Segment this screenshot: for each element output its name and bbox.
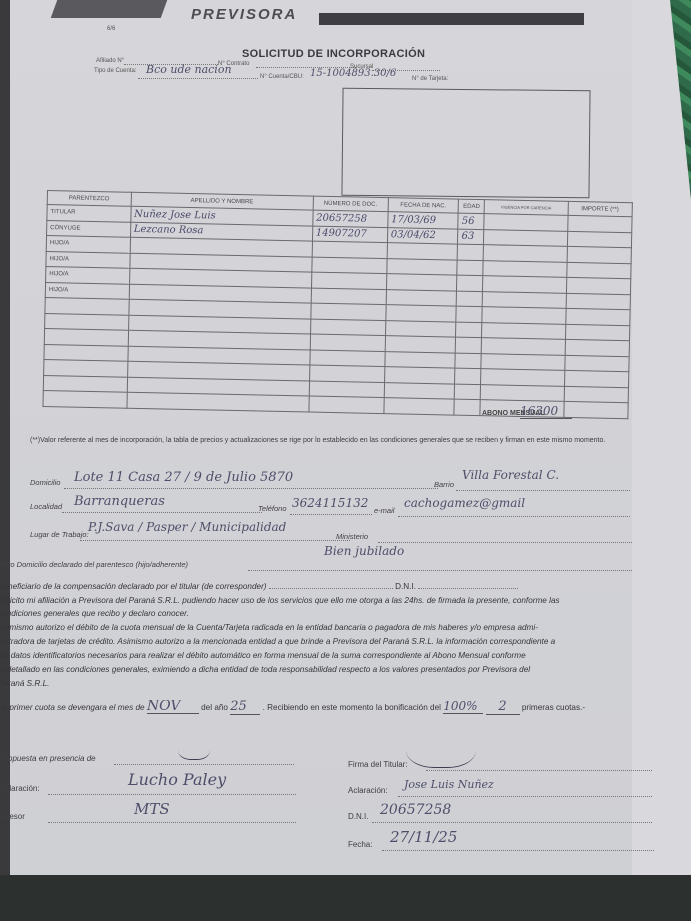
cell-parentezco: HIJO/A xyxy=(45,282,129,299)
cell-doc[interactable] xyxy=(310,334,385,351)
ministerio-label: Ministerio xyxy=(336,532,368,541)
table-surface-bottom xyxy=(0,875,691,921)
trabajo-label: Lugar de Trabajo: xyxy=(30,530,89,539)
bonificacion-suffix: primeras cuotas.- xyxy=(522,703,585,712)
asesor-label: Asesor xyxy=(0,812,25,821)
form-title: SOLICITUD DE INCORPORACIÓN xyxy=(242,48,425,60)
cell-importe[interactable] xyxy=(567,215,632,232)
cell-edad[interactable] xyxy=(456,337,482,353)
cell-vigencia[interactable] xyxy=(483,245,567,262)
telefono-value[interactable]: 3624115132 xyxy=(292,496,368,510)
cell-parentezco xyxy=(44,359,128,376)
cell-importe[interactable] xyxy=(566,277,631,294)
email-line xyxy=(398,516,630,517)
para2-line2-text: nistradora de tarjetas de crédito. Asimi… xyxy=(0,637,555,646)
cuota-line: La primer cuota se devengara el mes de N… xyxy=(0,700,678,715)
cell-importe[interactable] xyxy=(566,262,631,279)
cell-importe[interactable] xyxy=(564,401,629,418)
cell-doc[interactable] xyxy=(312,241,387,258)
fecha-line xyxy=(382,850,654,851)
cell-importe[interactable] xyxy=(565,308,630,325)
cell-importe[interactable] xyxy=(565,355,630,372)
aclaracion-value[interactable]: Jose Luis Nuñez xyxy=(404,778,494,791)
tipo-cuenta-label: Tipo de Cuenta: xyxy=(94,68,136,74)
cell-fecha-nac[interactable]: 03/04/62 xyxy=(387,227,458,244)
cell-parentezco xyxy=(43,375,127,392)
cell-fecha-nac[interactable] xyxy=(385,336,456,353)
firma-titular-label: Firma del Titular: xyxy=(348,760,408,769)
titular-signature xyxy=(406,724,476,768)
cell-fecha-nac[interactable] xyxy=(387,243,458,260)
footnote: (**)Valor referente al mes de incorporac… xyxy=(30,436,630,446)
trabajo-line xyxy=(80,540,350,541)
fecha-value[interactable]: 27/11/25 xyxy=(390,828,457,846)
beneficiario-line: Beneficiario de la compensación declarad… xyxy=(0,581,678,594)
domicilio-line xyxy=(64,488,438,489)
aclaracion-left-value[interactable]: Lucho Paley xyxy=(128,770,226,789)
cell-doc[interactable] xyxy=(309,396,384,413)
otro-domicilio-field[interactable] xyxy=(248,570,632,571)
presencia-label: Propuesta en presencia de xyxy=(0,754,96,763)
presencia-field[interactable] xyxy=(114,764,294,765)
cell-vigencia[interactable] xyxy=(483,276,567,293)
cell-edad[interactable]: 56 xyxy=(458,213,484,229)
cell-fecha-nac[interactable] xyxy=(386,289,457,306)
barrio-line xyxy=(456,490,630,491)
cell-importe[interactable] xyxy=(567,231,632,248)
ministerio-line xyxy=(378,542,632,543)
cell-vigencia[interactable] xyxy=(482,322,566,339)
col-fecha-nac: FECHA DE NAC. xyxy=(388,198,459,213)
brand-name: PREVISORA xyxy=(191,6,297,23)
cell-doc[interactable]: 14907207 xyxy=(312,226,387,243)
para2-line5-text: Paraná S.R.L. xyxy=(0,679,49,688)
cell-fecha-nac[interactable] xyxy=(387,258,458,275)
asesor-line xyxy=(48,822,296,823)
page-number: 6/6 xyxy=(107,26,115,32)
cell-parentezco xyxy=(44,344,128,361)
para2-line1: Asimismo autorizo el débito de la cuota … xyxy=(0,622,678,635)
email-label: e-mail xyxy=(374,506,394,515)
cuenta-cbu-value[interactable]: 15-1004893.30/6 xyxy=(310,68,396,79)
cell-vigencia[interactable] xyxy=(481,338,565,355)
localidad-value[interactable]: Barranqueras xyxy=(74,494,165,509)
cell-edad[interactable]: 63 xyxy=(458,229,484,245)
telefono-label: Teléfono xyxy=(258,504,287,513)
cell-fecha-nac[interactable] xyxy=(384,398,455,415)
tipo-cuenta-value[interactable]: Bco ude nacion xyxy=(146,63,232,76)
cuota-mes[interactable]: NOV xyxy=(147,700,199,714)
cell-edad[interactable] xyxy=(457,260,483,276)
beneficiario-label: Beneficiario de la compensación declarad… xyxy=(0,582,267,591)
cell-parentezco: CÓNYUGE xyxy=(47,220,131,237)
cell-edad[interactable] xyxy=(458,244,484,260)
aclaracion-line xyxy=(398,796,652,797)
para2-line1-text: Asimismo autorizo el débito de la cuota … xyxy=(0,623,538,632)
cell-edad[interactable] xyxy=(455,353,481,369)
cuota-anio-label: del año xyxy=(201,703,228,712)
barrio-label: Barrio xyxy=(434,480,454,489)
bonificacion-text: . Recibiendo en este momento la bonifica… xyxy=(263,703,441,712)
para2-line3-text: los datos identificatorios necesarios pa… xyxy=(0,651,526,660)
bonificacion-cuotas[interactable]: 2 xyxy=(486,701,520,715)
stamp-box xyxy=(341,88,590,199)
cell-vigencia[interactable] xyxy=(484,214,568,231)
dni-value[interactable]: 20657258 xyxy=(380,802,451,818)
dni-label: D.N.I. xyxy=(348,812,368,821)
beneficiario-dni-label: D.N.I. xyxy=(395,582,416,591)
cell-doc[interactable] xyxy=(312,257,387,274)
cell-vigencia[interactable] xyxy=(482,307,566,324)
cell-doc[interactable] xyxy=(309,381,384,398)
cell-edad[interactable] xyxy=(455,368,481,384)
cell-fecha-nac[interactable] xyxy=(384,367,455,384)
cuota-anio[interactable]: 25 xyxy=(230,701,260,715)
cell-vigencia[interactable] xyxy=(484,229,568,246)
para2-line3: los datos identificatorios necesarios pa… xyxy=(0,650,678,663)
localidad-label: Localidad xyxy=(30,502,62,511)
cell-parentezco: HIJO/A xyxy=(46,266,130,283)
cell-fecha-nac[interactable] xyxy=(386,274,457,291)
cell-doc[interactable] xyxy=(311,272,386,289)
cell-fecha-nac[interactable] xyxy=(384,382,455,399)
cell-importe[interactable] xyxy=(565,339,630,356)
family-table: PARENTEZCO APELLIDO Y NOMBRE NÚMERO DE D… xyxy=(42,190,632,419)
cell-edad[interactable] xyxy=(457,291,483,307)
email-value[interactable]: cachogamez@gmail xyxy=(404,496,525,510)
cell-fecha-nac[interactable] xyxy=(386,305,457,322)
col-edad: EDAD xyxy=(459,199,485,214)
cell-parentezco xyxy=(43,390,127,407)
cell-vigencia[interactable] xyxy=(480,384,564,401)
afiliado-label: Afiliado N° xyxy=(96,58,124,64)
cell-nombre[interactable] xyxy=(127,392,309,411)
trabajo-value[interactable]: P.J.Sava / Pasper / Municipalidad xyxy=(88,520,286,534)
cell-edad[interactable] xyxy=(454,399,480,415)
cell-doc[interactable] xyxy=(311,303,386,320)
aclaracion-left-line xyxy=(48,794,296,795)
cell-importe[interactable] xyxy=(564,386,629,403)
para2-line4: lo detallado en las condiciones generale… xyxy=(0,664,678,677)
cell-edad[interactable] xyxy=(456,306,482,322)
table-body: TITULARNuñez Jose Luis2065725817/03/6956… xyxy=(43,205,632,419)
para1-line1: Solicito mi afiliación a Previsora del P… xyxy=(0,595,678,608)
cell-doc[interactable] xyxy=(309,365,384,382)
para2-line2: nistradora de tarjetas de crédito. Asimi… xyxy=(0,636,678,649)
col-importe: IMPORTE (**) xyxy=(568,201,633,216)
dni-line xyxy=(372,822,652,823)
cell-parentezco xyxy=(45,313,129,330)
brand-bar xyxy=(319,13,584,25)
telefono-line xyxy=(290,514,372,515)
cell-parentezco: HIJO/A xyxy=(46,236,130,253)
abono-mensual-value[interactable]: 16300 xyxy=(520,404,572,419)
presencia-signature xyxy=(178,736,210,760)
cuota-prefix: La primer cuota se devengara el mes de xyxy=(0,703,145,712)
asesor-value[interactable]: MTS xyxy=(134,800,170,818)
cell-parentezco xyxy=(44,328,128,345)
cell-vigencia[interactable] xyxy=(481,353,565,370)
para1-line2: condiciones generales que recibo y decla… xyxy=(0,608,678,621)
form-paper: PREVISORA 6/6 SOLICITUD DE INCORPORACIÓN… xyxy=(10,0,632,878)
para2-line4-text: lo detallado en las condiciones generale… xyxy=(0,665,530,674)
cuenta-cbu-label: N° Cuenta/CBU: xyxy=(260,74,304,80)
localidad-line xyxy=(62,512,262,513)
domicilio-value[interactable]: Lote 11 Casa 27 / 9 de Julio 5870 xyxy=(74,470,293,485)
firma-titular-field[interactable] xyxy=(426,770,652,771)
extra-note: Bien jubilado xyxy=(324,544,404,558)
tipo-cuenta-line xyxy=(138,78,258,79)
fecha-label: Fecha: xyxy=(348,840,372,849)
cell-fecha-nac[interactable] xyxy=(385,320,456,337)
cell-doc[interactable] xyxy=(311,288,386,305)
brand-header: PREVISORA xyxy=(54,0,584,26)
tarjeta-label: N° de Tarjeta: xyxy=(412,76,448,82)
cell-edad[interactable] xyxy=(455,384,481,400)
cell-importe[interactable] xyxy=(565,324,630,341)
cell-edad[interactable] xyxy=(457,275,483,291)
aclaracion-label: Aclaración: xyxy=(348,786,388,795)
domicilio-label: Domicilio xyxy=(30,478,60,487)
otro-domicilio-label: Otro Domicilio declarado del parentesco … xyxy=(0,560,188,569)
beneficiario-dni-field[interactable] xyxy=(418,588,518,589)
cell-vigencia[interactable] xyxy=(482,291,566,308)
cell-doc[interactable] xyxy=(310,319,385,336)
aclaracion-left-label: Aclaración: xyxy=(0,784,40,793)
para1-line2-text: condiciones generales que recibo y decla… xyxy=(0,609,189,618)
beneficiario-field[interactable] xyxy=(269,588,393,589)
cell-doc[interactable] xyxy=(310,350,385,367)
cell-vigencia[interactable] xyxy=(483,260,567,277)
cell-doc[interactable]: 20657258 xyxy=(313,210,388,227)
cell-parentezco xyxy=(45,297,129,314)
cell-fecha-nac[interactable]: 17/03/69 xyxy=(388,212,459,229)
cell-vigencia[interactable] xyxy=(481,369,565,386)
para2-line5: Paraná S.R.L. xyxy=(0,678,678,691)
cell-edad[interactable] xyxy=(456,322,482,338)
cell-fecha-nac[interactable] xyxy=(385,351,456,368)
cell-parentezco: HIJO/A xyxy=(46,251,130,268)
bonificacion-value[interactable]: 100% xyxy=(443,700,483,714)
col-documento: NÚMERO DE DOC. xyxy=(313,196,388,212)
cell-parentezco: TITULAR xyxy=(47,205,131,222)
cell-importe[interactable] xyxy=(566,293,631,310)
para1-line1-text: Solicito mi afiliación a Previsora del P… xyxy=(0,596,560,605)
brand-logo-icon xyxy=(51,0,168,18)
cell-importe[interactable] xyxy=(567,246,632,263)
barrio-value[interactable]: Villa Forestal C. xyxy=(462,468,559,482)
cell-importe[interactable] xyxy=(564,370,629,387)
